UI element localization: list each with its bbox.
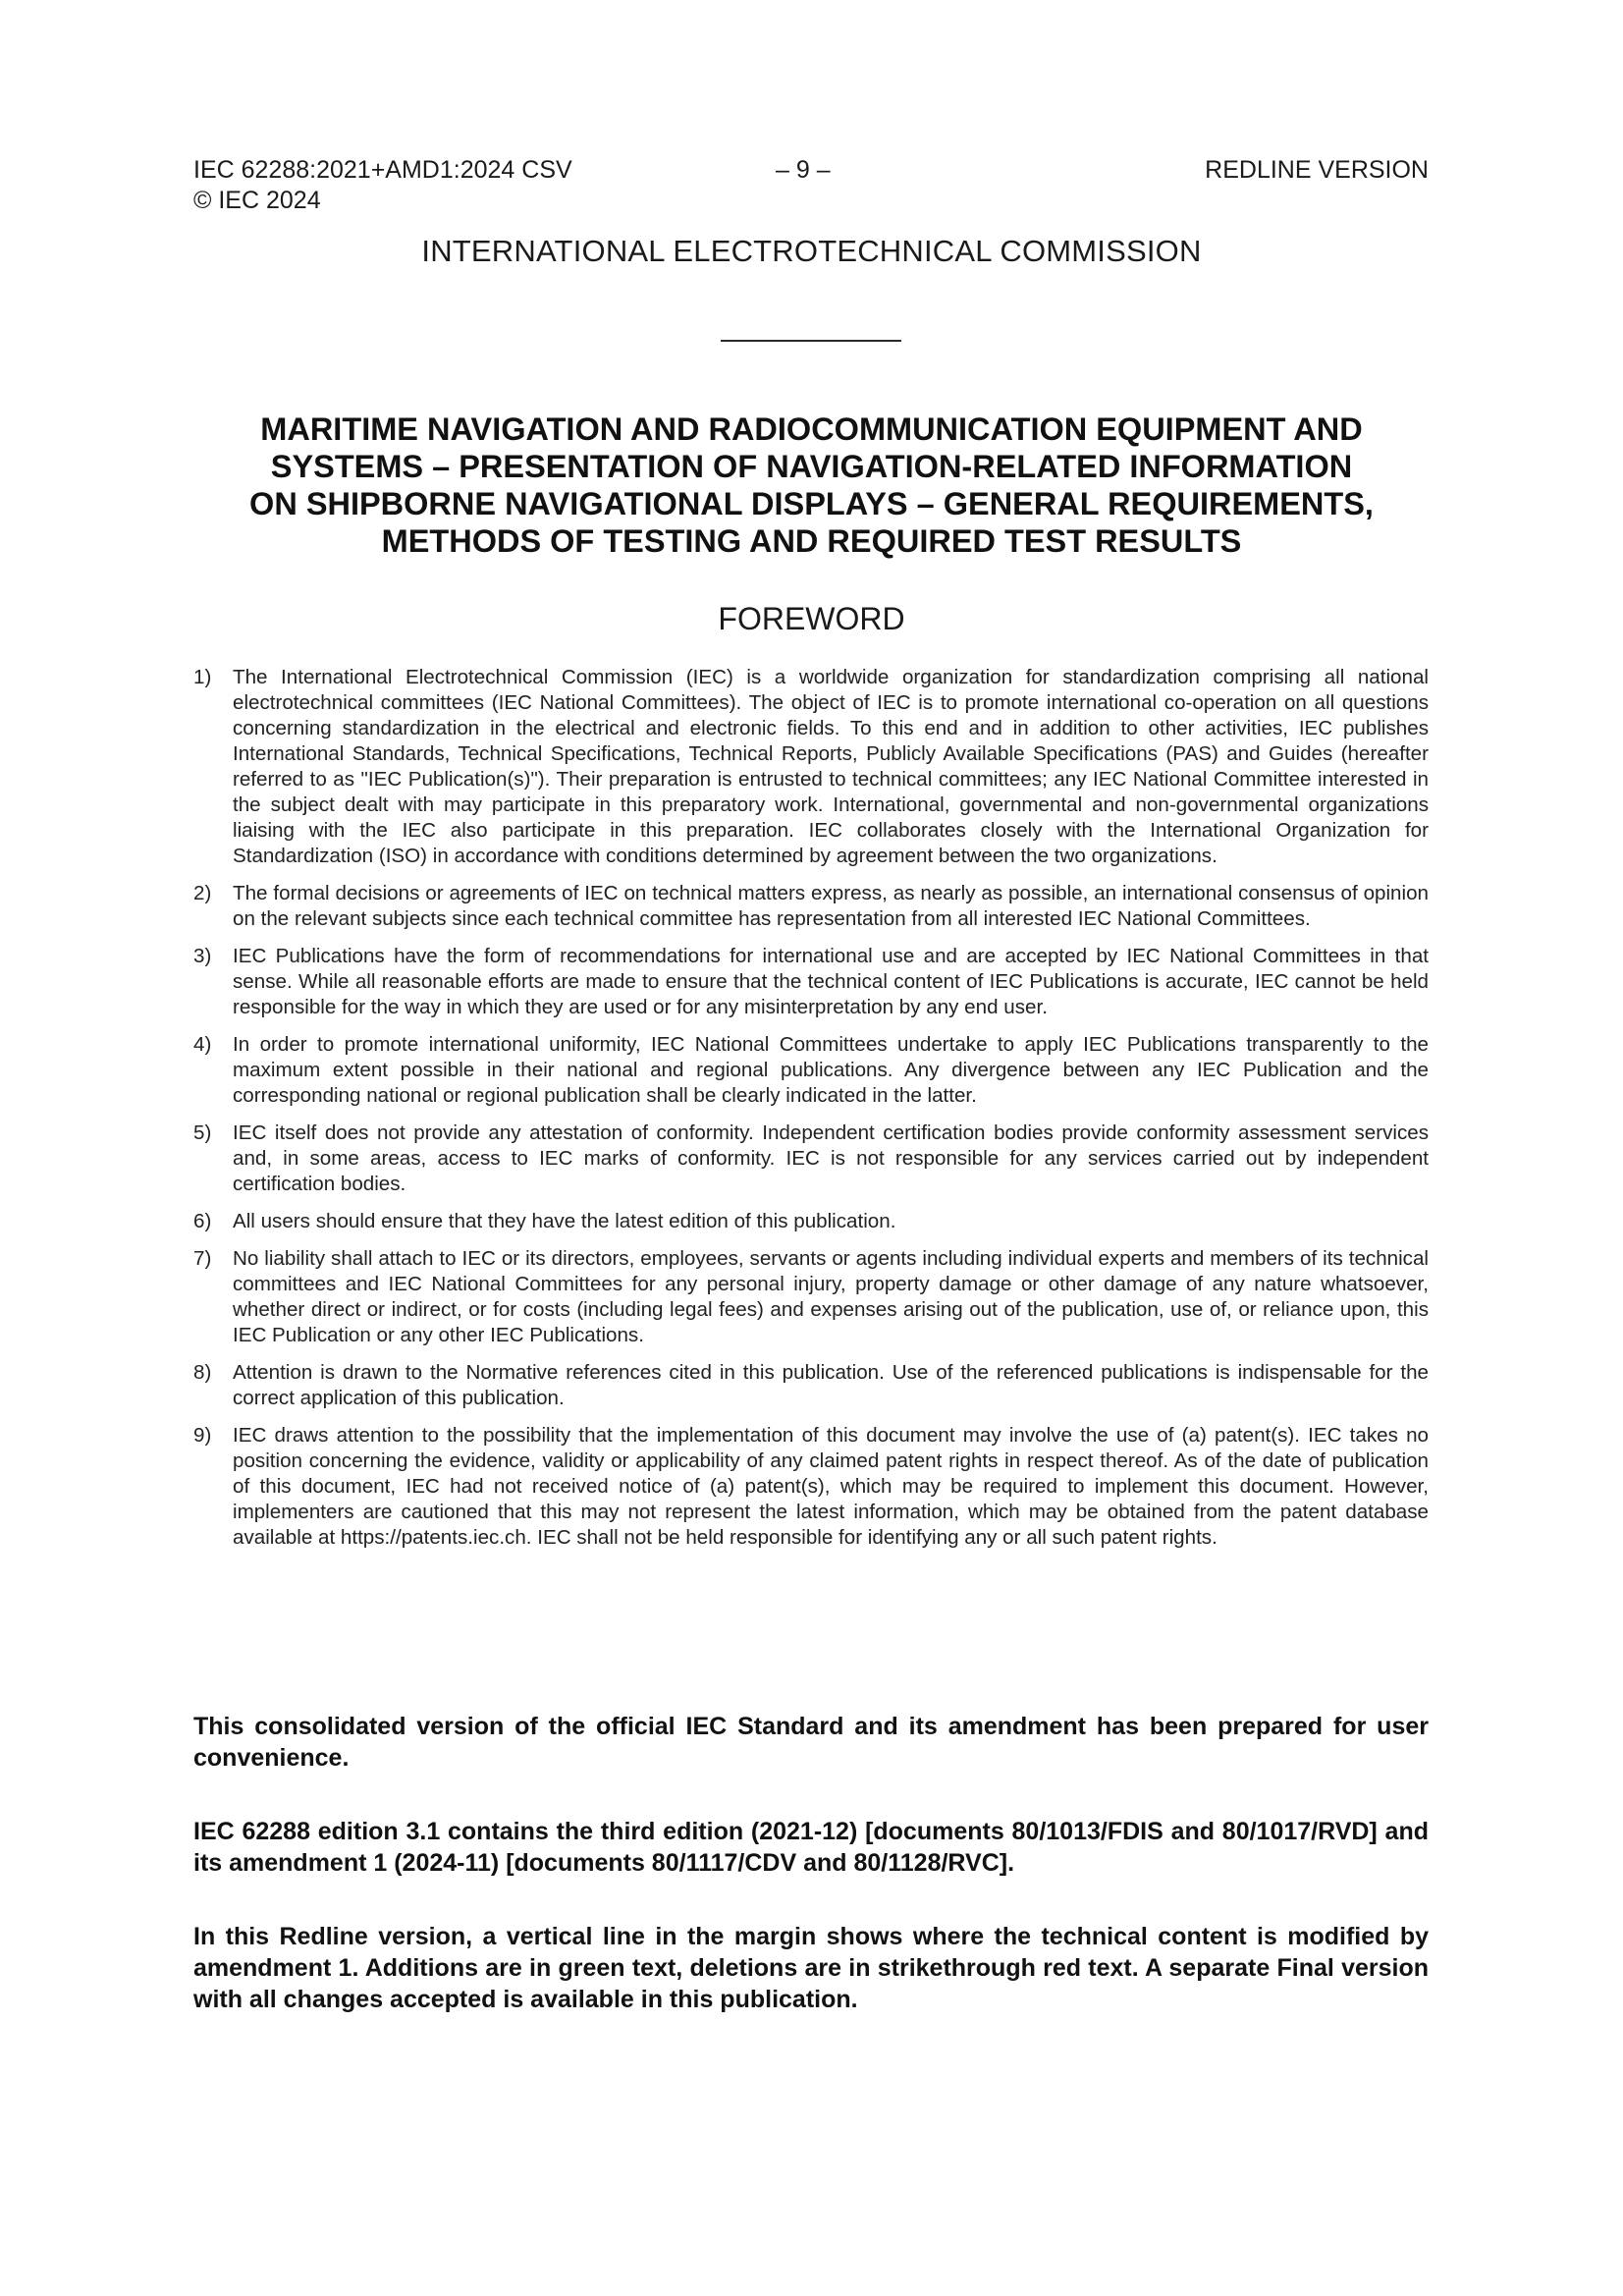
item-number: 1): [193, 665, 211, 690]
foreword-item: 6) All users should ensure that they hav…: [193, 1209, 1429, 1234]
document-page: IEC 62288:2021+AMD1:2024 CSV © IEC 2024 …: [0, 0, 1623, 2296]
item-text: In order to promote international unifor…: [233, 1033, 1429, 1107]
edition-contents-note: IEC 62288 edition 3.1 contains the third…: [193, 1816, 1429, 1879]
item-text: The formal decisions or agreements of IE…: [233, 882, 1429, 930]
document-id: IEC 62288:2021+AMD1:2024 CSV: [193, 155, 572, 186]
item-number: 2): [193, 881, 211, 906]
redline-explanation-note: In this Redline version, a vertical line…: [193, 1921, 1429, 2015]
consolidated-version-note: This consolidated version of the officia…: [193, 1711, 1429, 1774]
foreword-item: 4) In order to promote international uni…: [193, 1032, 1429, 1109]
foreword-item: 1) The International Electrotechnical Co…: [193, 665, 1429, 869]
version-label: REDLINE VERSION: [1205, 155, 1429, 186]
document-title: MARITIME NAVIGATION AND RADIOCOMMUNICATI…: [177, 410, 1446, 560]
foreword-list: 1) The International Electrotechnical Co…: [193, 665, 1429, 1562]
item-number: 7): [193, 1246, 211, 1272]
organization-name: INTERNATIONAL ELECTROTECHNICAL COMMISSIO…: [0, 234, 1623, 269]
copyright-notice: © IEC 2024: [193, 186, 572, 216]
foreword-item: 7) No liability shall attach to IEC or i…: [193, 1246, 1429, 1348]
item-text: IEC draws attention to the possibility t…: [233, 1424, 1429, 1549]
title-line: METHODS OF TESTING AND REQUIRED TEST RES…: [177, 522, 1446, 560]
title-line: ON SHIPBORNE NAVIGATIONAL DISPLAYS – GEN…: [177, 485, 1446, 522]
item-text: No liability shall attach to IEC or its …: [233, 1247, 1429, 1346]
foreword-item: 5) IEC itself does not provide any attes…: [193, 1121, 1429, 1197]
item-number: 4): [193, 1032, 211, 1058]
item-number: 9): [193, 1423, 211, 1449]
foreword-item: 2) The formal decisions or agreements of…: [193, 881, 1429, 932]
item-text: IEC Publications have the form of recomm…: [233, 945, 1429, 1018]
page-number: – 9 –: [776, 155, 831, 186]
item-number: 6): [193, 1209, 211, 1234]
item-number: 8): [193, 1360, 211, 1386]
edition-notes: This consolidated version of the officia…: [193, 1711, 1429, 2057]
item-text: The International Electrotechnical Commi…: [233, 666, 1429, 867]
item-text: Attention is drawn to the Normative refe…: [233, 1361, 1429, 1409]
item-number: 3): [193, 944, 211, 969]
title-line: MARITIME NAVIGATION AND RADIOCOMMUNICATI…: [177, 410, 1446, 448]
foreword-item: 8) Attention is drawn to the Normative r…: [193, 1360, 1429, 1411]
foreword-item: 9) IEC draws attention to the possibilit…: [193, 1423, 1429, 1551]
foreword-heading: FOREWORD: [0, 601, 1623, 636]
item-number: 5): [193, 1121, 211, 1146]
item-text: IEC itself does not provide any attestat…: [233, 1121, 1429, 1195]
title-divider: [721, 340, 901, 342]
title-line: SYSTEMS – PRESENTATION OF NAVIGATION-REL…: [177, 448, 1446, 485]
item-text: All users should ensure that they have t…: [233, 1210, 895, 1232]
foreword-item: 3) IEC Publications have the form of rec…: [193, 944, 1429, 1020]
header-left: IEC 62288:2021+AMD1:2024 CSV © IEC 2024: [193, 155, 572, 216]
